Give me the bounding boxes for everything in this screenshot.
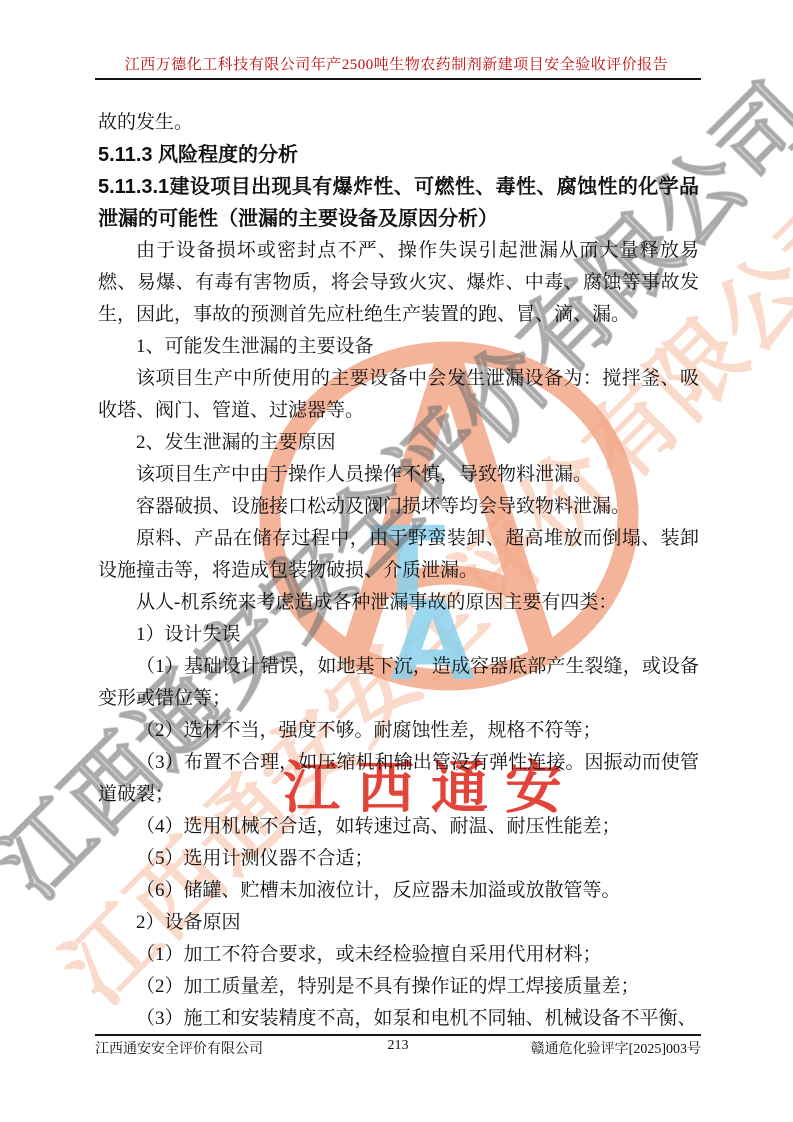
header-divider — [95, 78, 701, 80]
paragraph: 1、可能发生泄漏的主要设备 — [98, 331, 699, 363]
paragraph: 该项目生产中所使用的主要设备中会发生泄漏设备为：搅拌釜、吸收塔、阀门、管道、过滤… — [98, 363, 699, 427]
paragraph: 从人-机系统来考虑造成各种泄漏事故的原因主要有四类： — [98, 587, 699, 619]
paragraph: 2）设备原因 — [98, 907, 699, 939]
footer-row: 江西通安安全评价有限公司 213 赣通危化验评字[2025]003号 — [95, 1036, 701, 1058]
paragraph: （3）布置不合理，如压缩机和输出管没有弹性连接。因振动而使管道破裂； — [98, 747, 699, 811]
paragraph: （5）选用计测仪器不合适； — [98, 843, 699, 875]
paragraph: （1）加工不符合要求，或未经检验擅自采用代用材料； — [98, 939, 699, 971]
paragraph: 故的发生。 — [98, 107, 699, 139]
paragraph: 1）设计失误 — [98, 619, 699, 651]
paragraph: （6）储罐、贮槽未加液位计，反应器未加溢或放散管等。 — [98, 875, 699, 907]
footer-page-number: 213 — [388, 1038, 409, 1054]
paragraph: （3）施工和安装精度不高，如泵和电机不同轴、机械设备不平衡、 — [98, 1003, 699, 1035]
paragraph: 2、发生泄漏的主要原因 — [98, 427, 699, 459]
paragraph: 容器破损、设施接口松动及阀门损坏等均会导致物料泄漏。 — [98, 491, 699, 523]
paragraph: （2）选材不当，强度不够。耐腐蚀性差，规格不符等； — [98, 715, 699, 747]
paragraph: （4）选用机械不合适，如转速过高、耐温、耐压性能差； — [98, 811, 699, 843]
document-body: 故的发生。5.11.3 风险程度的分析5.11.3.1建设项目出现具有爆炸性、可… — [98, 107, 699, 1039]
footer-company-name: 江西通安安全评价有限公司 — [95, 1038, 263, 1058]
page-footer: 江西通安安全评价有限公司 213 赣通危化验评字[2025]003号 — [95, 1034, 701, 1058]
page-header: 江西万德化工科技有限公司年产2500吨生物农药制剂新建项目安全验收评价报告 — [0, 0, 793, 80]
paragraph: 该项目生产中由于操作人员操作不慎，导致物料泄漏。 — [98, 459, 699, 491]
paragraph: 5.11.3 风险程度的分析 — [98, 139, 699, 171]
paragraph: 由于设备损坏或密封点不严、操作失误引起泄漏从而大量释放易燃、易爆、有毒有害物质，… — [98, 235, 699, 331]
paragraph: （1）基础设计错误，如地基下沉，造成容器底部产生裂缝，或设备变形或错位等； — [98, 651, 699, 715]
paragraph: 5.11.3.1建设项目出现具有爆炸性、可燃性、毒性、腐蚀性的化学品泄漏的可能性… — [98, 171, 699, 235]
report-title: 江西万德化工科技有限公司年产2500吨生物农药制剂新建项目安全验收评价报告 — [0, 53, 793, 74]
paragraph: （2）加工质量差，特别是不具有操作证的焊工焊接质量差； — [98, 971, 699, 1003]
paragraph: 原料、产品在储存过程中，由于野蛮装卸、超高堆放而倒塌、装卸设施撞击等，将造成包装… — [98, 523, 699, 587]
page-content: 江西万德化工科技有限公司年产2500吨生物农药制剂新建项目安全验收评价报告 故的… — [0, 0, 793, 1039]
report-page: { "header": { "title": "江西万德化工科技有限公司年产25… — [0, 0, 793, 1122]
footer-document-number: 赣通危化验评字[2025]003号 — [531, 1038, 701, 1058]
